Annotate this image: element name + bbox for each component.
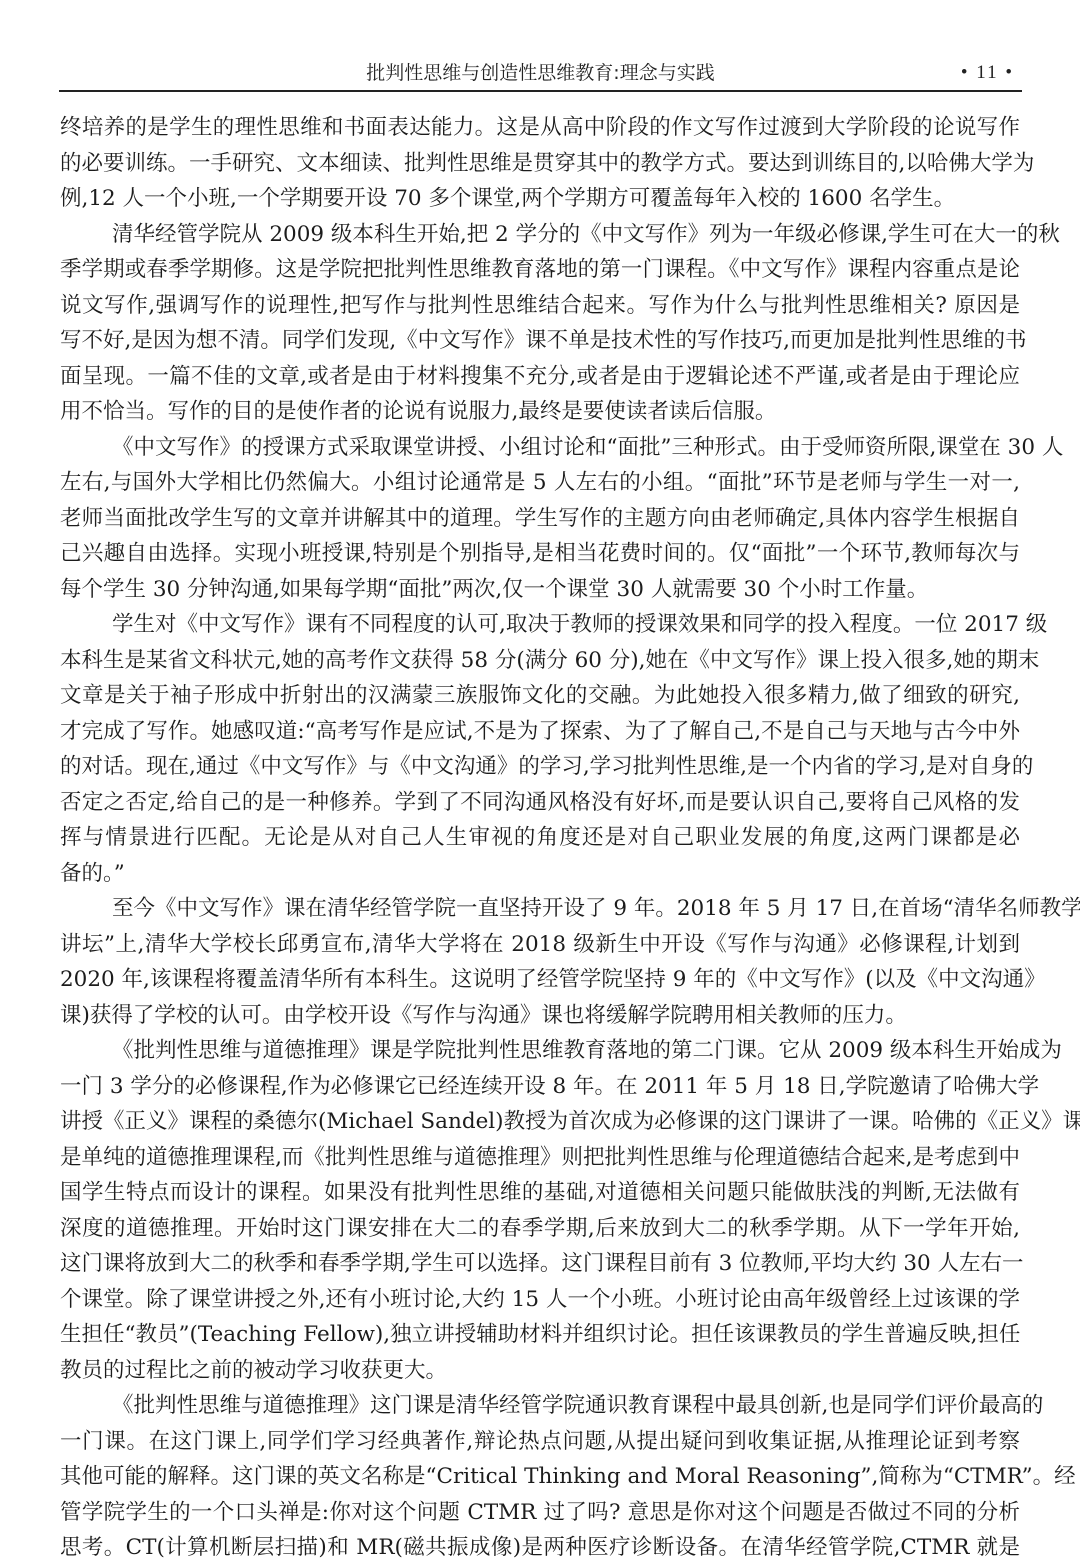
text-line: 管学院学生的一个口头禅是:你对这个问题 CTMR 过了吗? 意思是你对这个问题是… <box>60 1495 1020 1531</box>
text-line: 面呈现。一篇不佳的文章,或者是由于材料搜集不充分,或者是由于逻辑论述不严谨,或者… <box>60 359 1020 395</box>
text-line: 课)获得了学校的认可。由学校开设《写作与沟通》课也将缓解学院聘用相关教师的压力。 <box>60 998 1020 1034</box>
text-line: 是单纯的道德推理课程,而《批判性思维与道德推理》则把批判性思维与伦理道德结合起来… <box>60 1140 1020 1176</box>
text-line: 否定之否定,给自己的是一种修养。学到了不同沟通风格没有好坏,而是要认识自己,要将… <box>60 785 1020 821</box>
running-title: 批判性思维与创造性思维教育:理念与实践 <box>59 58 1022 88</box>
text-line: 写不好,是因为想不清。同学们发现,《中文写作》课不单是技术性的写作技巧,而更加是… <box>60 323 1020 359</box>
text-line: 文章是关于袖子形成中折射出的汉满蒙三族服饰文化的交融。为此她投入很多精力,做了细… <box>60 678 1020 714</box>
page-number: • 11 • <box>961 58 1014 88</box>
text-line: 其他可能的解释。这门课的英文名称是“Critical Thinking and … <box>60 1459 1020 1495</box>
text-line: 本科生是某省文科状元,她的高考作文获得 58 分(满分 60 分),她在《中文写… <box>60 643 1020 679</box>
text-line: 例,12 人一个小班,一个学期要开设 70 多个课堂,两个学期方可覆盖每年入校的… <box>60 181 1020 217</box>
text-line: 用不恰当。写作的目的是使作者的论说有说服力,最终是要使读者读后信服。 <box>60 394 1020 430</box>
text-line: 老师当面批改学生写的文章并讲解其中的道理。学生写作的主题方向由老师确定,具体内容… <box>60 501 1020 537</box>
text-line: 的必要训练。一手研究、文本细读、批判性思维是贯穿其中的教学方式。要达到训练目的,… <box>60 146 1020 182</box>
text-line: 2020 年,该课程将覆盖清华所有本科生。这说明了经管学院坚持 9 年的《中文写… <box>60 962 1020 998</box>
text-line: 这门课将放到大二的秋季和春季学期,学生可以选择。这门课程目前有 3 位教师,平均… <box>60 1246 1020 1282</box>
text-line: 教员的过程比之前的被动学习收获更大。 <box>60 1353 1020 1389</box>
text-line: 思考。CT(计算机断层扫描)和 MR(磁共振成像)是两种医疗诊断设备。在清华经管… <box>60 1530 1020 1564</box>
running-header: 批判性思维与创造性思维教育:理念与实践 • 11 • <box>59 58 1022 88</box>
text-line: 个课堂。除了课堂讲授之外,还有小班讨论,大约 15 人一个小班。小班讨论由高年级… <box>60 1282 1020 1318</box>
paragraph-first-line: 《中文写作》的授课方式采取课堂讲授、小组讨论和“面批”三种形式。由于受师资所限,… <box>112 430 1020 466</box>
text-line: 季学期或春季学期修。这是学院把批判性思维教育落地的第一门课程。《中文写作》课程内… <box>60 252 1020 288</box>
text-line: 左右,与国外大学相比仍然偏大。小组讨论通常是 5 人左右的小组。“面批”环节是老… <box>60 465 1020 501</box>
header-rule <box>59 90 1022 92</box>
text-line: 每个学生 30 分钟沟通,如果每学期“面批”两次,仅一个课堂 30 人就需要 3… <box>60 572 1020 608</box>
text-line: 的对话。现在,通过《中文写作》与《中文沟通》的学习,学习批判性思维,是一个内省的… <box>60 749 1020 785</box>
paragraph-first-line: 《批判性思维与道德推理》课是学院批判性思维教育落地的第二门课。它从 2009 级… <box>112 1033 1020 1069</box>
paragraph-first-line: 学生对《中文写作》课有不同程度的认可,取决于教师的授课效果和同学的投入程度。一位… <box>112 607 1020 643</box>
paragraph-first-line: 清华经管学院从 2009 级本科生开始,把 2 学分的《中文写作》列为一年级必修… <box>112 217 1020 253</box>
text-line: 国学生特点而设计的课程。如果没有批判性思维的基础,对道德相关问题只能做肤浅的判断… <box>60 1175 1020 1211</box>
text-line: 讲坛”上,清华大学校长邱勇宣布,清华大学将在 2018 级新生中开设《写作与沟通… <box>60 927 1020 963</box>
text-line: 生担任“教员”(Teaching Fellow),独立讲授辅助材料并组织讨论。担… <box>60 1317 1020 1353</box>
paragraph-first-line: 《批判性思维与道德推理》这门课是清华经管学院通识教育课程中最具创新,也是同学们评… <box>112 1388 1020 1424</box>
text-line: 一门课。在这门课上,同学们学习经典著作,辩论热点问题,从提出疑问到收集证据,从推… <box>60 1424 1020 1460</box>
text-line: 讲授《正义》课程的桑德尔(Michael Sandel)教授为首次成为必修课的这… <box>60 1104 1020 1140</box>
text-line: 深度的道德推理。开始时这门课安排在大二的春季学期,后来放到大二的秋季学期。从下一… <box>60 1211 1020 1247</box>
paragraph-first-line: 至今《中文写作》课在清华经管学院一直坚持开设了 9 年。2018 年 5 月 1… <box>112 891 1020 927</box>
text-line: 才完成了写作。她感叹道:“高考写作是应试,不是为了探索、为了了解自己,不是自己与… <box>60 714 1020 750</box>
text-line: 终培养的是学生的理性思维和书面表达能力。这是从高中阶段的作文写作过渡到大学阶段的… <box>60 110 1020 146</box>
text-line: 备的。” <box>60 856 1020 892</box>
text-line: 挥与情景进行匹配。无论是从对自己人生审视的角度还是对自己职业发展的角度,这两门课… <box>60 820 1020 856</box>
text-line: 说文写作,强调写作的说理性,把写作与批判性思维结合起来。写作为什么与批判性思维相… <box>60 288 1020 324</box>
text-line: 一门 3 学分的必修课程,作为必修课它已经连续开设 8 年。在 2011 年 5… <box>60 1069 1020 1105</box>
text-line: 己兴趣自由选择。实现小班授课,特别是个别指导,是相当花费时间的。仅“面批”一个环… <box>60 536 1020 572</box>
